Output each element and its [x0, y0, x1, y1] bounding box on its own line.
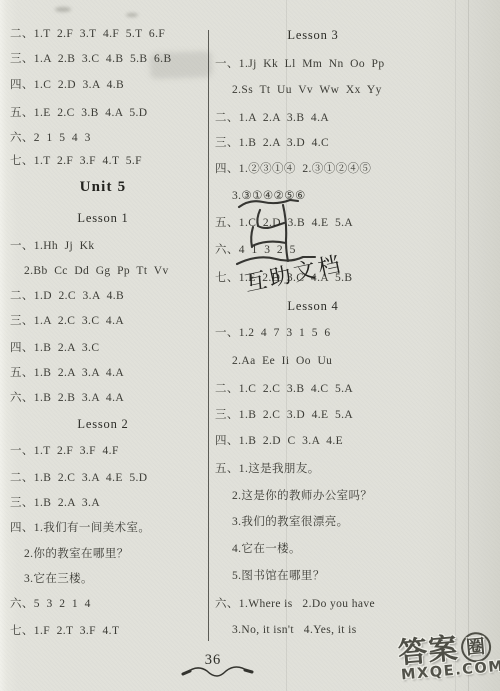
page-number: 36 [193, 652, 233, 669]
answer-line: 二、1.T 2.F 3.T 4.F 5.T 6.F [10, 27, 165, 41]
ink-smudge [55, 7, 71, 12]
answer-line: 五、1.E 2.C 3.B 4.A 5.D [10, 106, 147, 120]
sub-answer-line: 4.它在一楼。 [232, 542, 301, 556]
sub-answer-line: 3.③①④②⑤⑥ [232, 189, 306, 203]
answer-line: 三、1.B 2.A 3.D 4.C [215, 136, 329, 150]
answer-line: 二、1.A 2.A 3.B 4.A [215, 111, 329, 125]
sub-answer-line: 3.我们的教室很漂亮。 [232, 515, 349, 529]
answer-line: 六、1.Where is 2.Do you have [215, 597, 375, 611]
answer-line: 六、4 1 3 2 5 [215, 243, 296, 257]
unit-heading: Unit 5 [0, 180, 206, 194]
answer-line: 一、1.Hh Jj Kk [10, 239, 95, 253]
column-divider [208, 30, 209, 641]
answer-line: 四、1.C 2.D 3.A 4.B [10, 78, 124, 92]
lesson-heading: Lesson 3 [210, 28, 416, 42]
answer-line: 五、1.C 2.D 3.B 4.E 5.A [215, 216, 353, 230]
sub-answer-line: 3.它在三楼。 [24, 572, 93, 586]
answer-line: 七、1.T 2.F 3.F 4.T 5.F [10, 154, 142, 168]
answer-line: 三、1.A 2.C 3.C 4.A [10, 314, 124, 328]
paper-crease [468, 0, 469, 691]
sub-answer-line: 2.你的教室在哪里？ [24, 547, 129, 561]
answer-line: 四、1.我们有一间美术室。 [10, 521, 150, 535]
answer-line: 七、1.F 2.T 3.F 4.T [10, 624, 119, 638]
answer-line: 五、1.这是我朋友。 [215, 462, 320, 476]
answer-line: 七、1.E 2.D 3.C 4.A 5.B [215, 271, 352, 285]
paper-crease [286, 0, 287, 691]
answer-line: 一、1.2 4 7 3 1 5 6 [215, 326, 331, 340]
sub-answer-line: 2.Aa Ee Ii Oo Uu [232, 354, 332, 368]
answer-line: 五、1.B 2.A 3.A 4.A [10, 366, 124, 380]
sub-answer-line: 3.No, it isn't 4.Yes, it is [232, 623, 357, 637]
lesson-heading: Lesson 2 [0, 417, 206, 431]
answer-line: 六、1.B 2.B 3.A 4.A [10, 391, 124, 405]
sub-answer-line: 2.Ss Tt Uu Vv Ww Xx Yy [232, 83, 382, 97]
answer-line: 二、1.B 2.C 3.A 4.E 5.D [10, 471, 147, 485]
answer-line: 六、5 3 2 1 4 [10, 597, 91, 611]
answer-line: 二、1.D 2.C 3.A 4.B [10, 289, 124, 303]
answer-line: 一、1.Jj Kk Ll Mm Nn Oo Pp [215, 57, 385, 71]
paper-crease [455, 0, 456, 691]
answer-line: 三、1.B 2.C 3.D 4.E 5.A [215, 408, 353, 422]
answer-line: 四、1.②③①④ 2.③①②④⑤ [215, 162, 371, 176]
answer-line: 三、1.B 2.A 3.A [10, 496, 100, 510]
answer-line: 四、1.B 2.A 3.C [10, 341, 99, 355]
sub-answer-line: 2.这是你的教师办公室吗？ [232, 489, 372, 503]
sub-answer-line: 5.图书馆在哪里？ [232, 569, 325, 583]
answer-line: 四、1.B 2.D C 3.A 4.E [215, 434, 343, 448]
lesson-heading: Lesson 1 [0, 211, 206, 225]
answer-line: 三、1.A 2.B 3.C 4.B 5.B 6.B [10, 52, 172, 66]
sub-answer-line: 2.Bb Cc Dd Gg Pp Tt Vv [24, 264, 169, 278]
answer-line: 六、2 1 5 4 3 [10, 131, 91, 145]
answer-key-page: 二、1.T 2.F 3.T 4.F 5.T 6.F 三、1.A 2.B 3.C … [0, 0, 500, 691]
lesson-heading: Lesson 4 [210, 299, 416, 313]
ink-smudge [126, 13, 138, 17]
answer-line: 一、1.T 2.F 3.F 4.F [10, 444, 119, 458]
answer-line: 二、1.C 2.C 3.B 4.C 5.A [215, 382, 353, 396]
watermark-circle-char: 圈 [460, 631, 493, 664]
